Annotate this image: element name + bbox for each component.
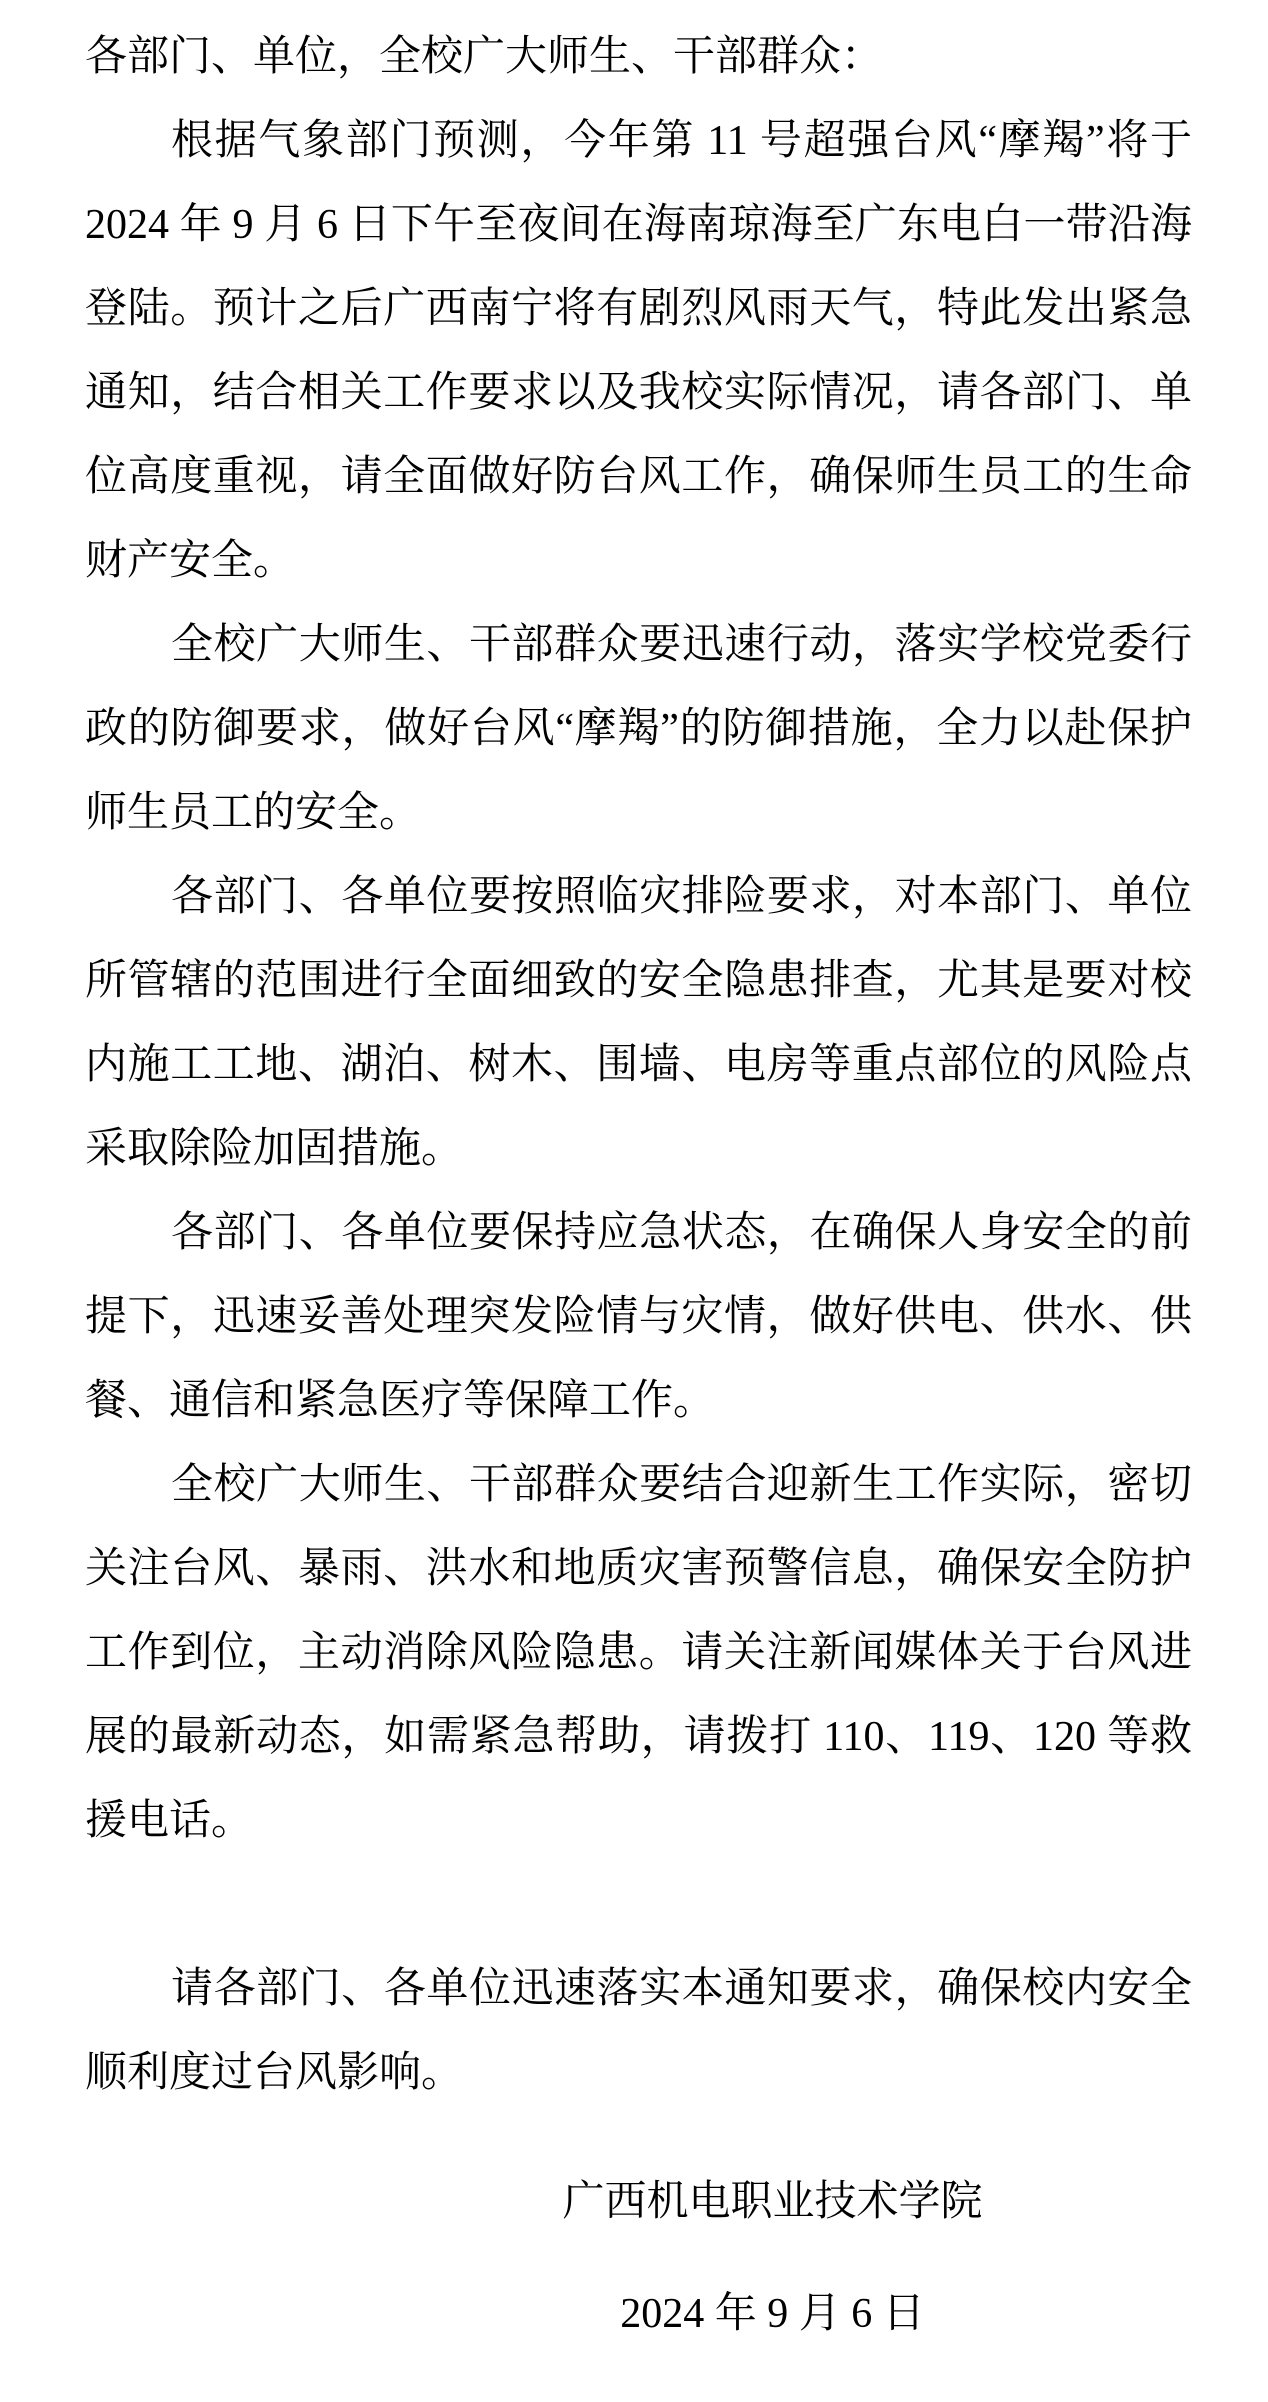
body-line: 登陆。预计之后广西南宁将有剧烈风雨天气，特此发出紧急: [85, 267, 1192, 351]
body-line: 提下，迅速妥善处理突发险情与灾情，做好供电、供水、供: [85, 1275, 1192, 1359]
salutation-line: 各部门、单位，全校广大师生、干部群众：: [85, 15, 1192, 99]
body-line: 采取除险加固措施。: [85, 1107, 1192, 1191]
body-line: 政的防御要求，做好台风“摩羯”的防御措施，全力以赴保护: [85, 687, 1192, 771]
body-line: 内施工工地、湖泊、树木、围墙、电房等重点部位的风险点: [85, 1023, 1192, 1107]
body-line: 援电话。: [85, 1779, 1192, 1863]
body-line: 各部门、各单位要按照临灾排险要求，对本部门、单位: [85, 855, 1192, 939]
body-line: 通知，结合相关工作要求以及我校实际情况，请各部门、单: [85, 351, 1192, 435]
body-line: 全校广大师生、干部群众要结合迎新生工作实际，密切: [85, 1443, 1192, 1527]
body-line: 顺利度过台风影响。: [85, 2031, 1192, 2115]
notice-page: 各部门、单位，全校广大师生、干部群众： 根据气象部门预测，今年第 11 号超强台…: [0, 0, 1268, 2402]
body-line: 2024 年 9 月 6 日下午至夜间在海南琼海至广东电白一带沿海: [85, 183, 1192, 267]
notice-body: 根据气象部门预测，今年第 11 号超强台风“摩羯”将于2024 年 9 月 6 …: [85, 99, 1192, 2115]
body-line: 工作到位，主动消除风险隐患。请关注新闻媒体关于台风进: [85, 1611, 1192, 1695]
body-line: 全校广大师生、干部群众要迅速行动，落实学校党委行: [85, 603, 1192, 687]
signature-block: 广西机电职业技术学院 2024 年 9 月 6 日: [353, 2160, 1192, 2356]
blank-line: [85, 1863, 1192, 1947]
signature-date: 2024 年 9 月 6 日: [353, 2272, 1192, 2356]
body-line: 所管辖的范围进行全面细致的安全隐患排查，尤其是要对校: [85, 939, 1192, 1023]
body-line: 关注台风、暴雨、洪水和地质灾害预警信息，确保安全防护: [85, 1527, 1192, 1611]
body-line: 位高度重视，请全面做好防台风工作，确保师生员工的生命: [85, 435, 1192, 519]
body-line: 财产安全。: [85, 519, 1192, 603]
body-line: 请各部门、各单位迅速落实本通知要求，确保校内安全: [85, 1947, 1192, 2031]
body-line: 各部门、各单位要保持应急状态，在确保人身安全的前: [85, 1191, 1192, 1275]
body-line: 根据气象部门预测，今年第 11 号超强台风“摩羯”将于: [85, 99, 1192, 183]
signature-org: 广西机电职业技术学院: [353, 2160, 1192, 2244]
body-line: 展的最新动态，如需紧急帮助，请拨打 110、119、120 等救: [85, 1695, 1192, 1779]
body-line: 餐、通信和紧急医疗等保障工作。: [85, 1359, 1192, 1443]
body-line: 师生员工的安全。: [85, 771, 1192, 855]
